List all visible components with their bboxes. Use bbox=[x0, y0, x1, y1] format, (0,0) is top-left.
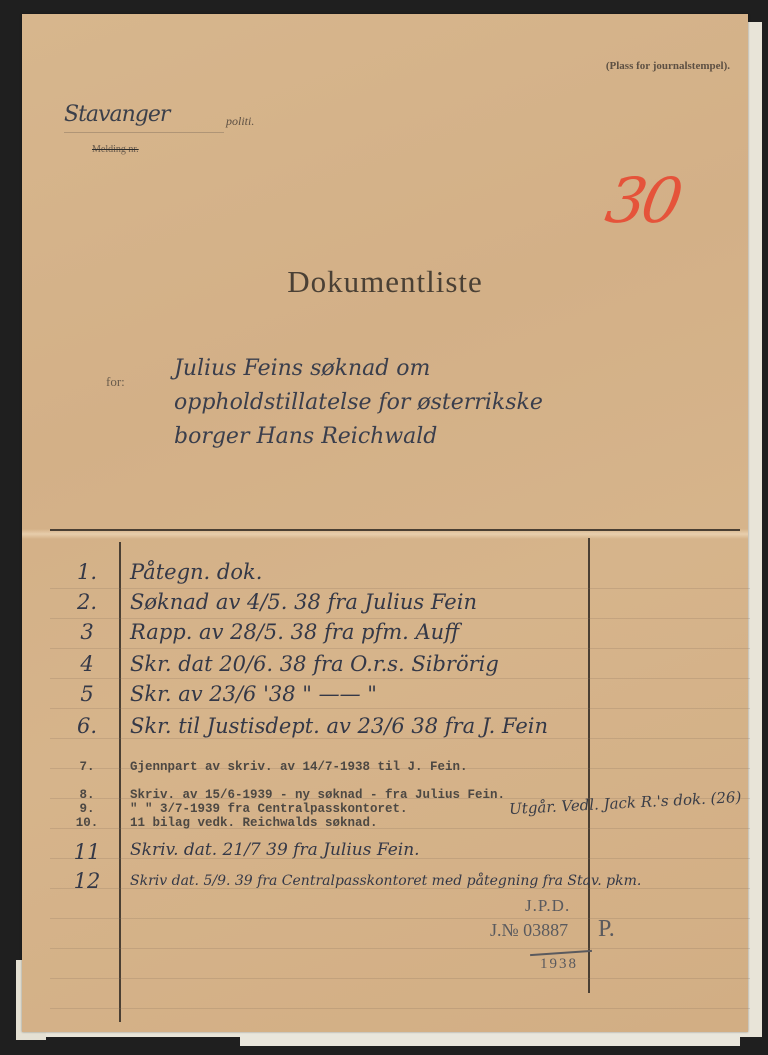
stamp-year: 1938 bbox=[540, 956, 578, 973]
journal-stamp-placeholder: (Plass for journalstempel). bbox=[606, 60, 730, 72]
stamp-divider bbox=[530, 950, 592, 956]
message-number-label: Melding nr. bbox=[92, 144, 139, 155]
entry-text: Skriv. av 15/6-1939 - ny søknad - fra Ju… bbox=[130, 788, 505, 802]
ruled-line bbox=[50, 948, 750, 949]
entry-text: Skriv. dat. 21/7 39 fra Julius Fein. bbox=[130, 840, 420, 860]
police-district-handwritten: Stavanger bbox=[64, 102, 169, 127]
entry-text: Søknad av 4/5. 38 fra Julius Fein bbox=[130, 590, 477, 614]
ruled-line bbox=[50, 978, 750, 979]
entry-number: 3 bbox=[62, 620, 112, 644]
police-district-printed: politi. bbox=[226, 114, 254, 129]
table-row: 6. Skr. til Justisdept. av 23/6 38 fra J… bbox=[22, 714, 748, 744]
ruled-line bbox=[50, 918, 750, 919]
for-label: for: bbox=[106, 374, 125, 390]
table-row: 12 Skriv dat. 5/9. 39 fra Centralpasskon… bbox=[22, 869, 748, 899]
table-row: 11 Skriv. dat. 21/7 39 fra Julius Fein. bbox=[22, 840, 748, 870]
red-folio-number: 30 bbox=[601, 164, 685, 237]
entry-number: 12 bbox=[62, 869, 112, 893]
stamp-journal-number: J.№ 03887 bbox=[490, 920, 568, 941]
entry-number: 8. bbox=[62, 788, 112, 802]
entry-text: Skr. av 23/6 '38 " —— " bbox=[130, 682, 377, 706]
for-description-line: oppholdstillatelse for østerrikske bbox=[174, 386, 694, 420]
document-page: (Plass for journalstempel). Stavanger po… bbox=[22, 14, 748, 1032]
table-row: 3 Rapp. av 28/5. 38 fra pfm. Auff bbox=[22, 620, 748, 650]
entry-text: 11 bilag vedk. Reichwalds søknad. bbox=[130, 816, 378, 830]
table-row: 1. Påtegn. dok. bbox=[22, 560, 748, 590]
entry-number: 7. bbox=[62, 760, 112, 774]
page-title: Dokumentliste bbox=[22, 264, 748, 300]
police-district: Stavanger politi. bbox=[64, 100, 274, 140]
ruled-line bbox=[50, 1008, 750, 1009]
entry-text: Skriv dat. 5/9. 39 fra Centralpasskontor… bbox=[130, 873, 641, 889]
police-district-underline bbox=[64, 132, 224, 133]
entry-number: 5 bbox=[62, 682, 112, 706]
entry-number: 6. bbox=[62, 714, 112, 738]
for-description: Julius Feins søknad om oppholdstillatels… bbox=[174, 352, 694, 454]
journal-stamp: J.P.D. J.№ 03887 P. 1938 bbox=[490, 894, 630, 984]
table-top-rule bbox=[50, 529, 740, 531]
entry-text: Skr. dat 20/6. 38 fra O.r.s. Sibrörig bbox=[130, 652, 499, 676]
entry-number: 2. bbox=[62, 590, 112, 614]
for-description-line: Julius Feins søknad om bbox=[174, 352, 694, 386]
entry-number: 10. bbox=[62, 816, 112, 830]
entry-text: Rapp. av 28/5. 38 fra pfm. Auff bbox=[130, 620, 459, 644]
entry-text: " " 3/7-1939 fra Centralpasskontoret. bbox=[130, 802, 408, 816]
stamp-department: J.P.D. bbox=[525, 896, 570, 916]
entry-text: Gjennpart av skriv. av 14/7-1938 til J. … bbox=[130, 760, 468, 774]
entry-text: Skr. til Justisdept. av 23/6 38 fra J. F… bbox=[130, 714, 548, 738]
table-row: 2. Søknad av 4/5. 38 fra Julius Fein bbox=[22, 590, 748, 620]
underlying-sheet-bottom-edge bbox=[240, 1030, 740, 1046]
table-row: 5 Skr. av 23/6 '38 " —— " bbox=[22, 682, 748, 712]
for-description-line: borger Hans Reichwald bbox=[174, 420, 694, 454]
entry-number: 9. bbox=[62, 802, 112, 816]
table-row: 7. Gjennpart av skriv. av 14/7-1938 til … bbox=[22, 760, 748, 790]
table-row: 4 Skr. dat 20/6. 38 fra O.r.s. Sibrörig bbox=[22, 652, 748, 682]
entry-number: 11 bbox=[62, 840, 112, 864]
entry-number: 1. bbox=[62, 560, 112, 584]
stamp-suffix: P. bbox=[598, 916, 615, 943]
entry-text: Påtegn. dok. bbox=[130, 560, 262, 584]
entry-number: 4 bbox=[62, 652, 112, 676]
